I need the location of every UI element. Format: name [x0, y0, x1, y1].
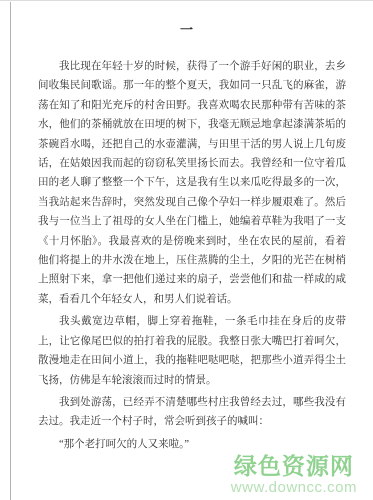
chapter-number: 一: [0, 19, 373, 38]
watermark-site-name: 绿色资源网: [231, 455, 357, 478]
watermark-site-url: www.downcc.com: [231, 480, 357, 495]
watermark: 绿色资源网 www.downcc.com: [231, 455, 357, 495]
body-text: 我比现在年轻十岁的时候，获得了一个游手好闲的职业，去乡间收集民间歌谣。那一年的整…: [38, 57, 346, 457]
dialogue-line: “那个老打呵欠的人又来啦。”: [38, 435, 346, 454]
paragraph-3: 我到处游荡，已经弄不清楚哪些村庄我曾经去过，哪些我没有去过。我走近一个村子时，常…: [38, 393, 346, 432]
scan-left-edge-line: [10, 2, 11, 500]
scan-top-edge-line: [0, 0, 373, 1]
document-page: 一 我比现在年轻十岁的时候，获得了一个游手好闲的职业，去乡间收集民间歌谣。那一年…: [0, 0, 373, 500]
paragraph-1: 我比现在年轻十岁的时候，获得了一个游手好闲的职业，去乡间收集民间歌谣。那一年的整…: [38, 57, 346, 309]
paragraph-2: 我头戴宽边草帽，脚上穿着拖鞋，一条毛巾挂在身后的皮带上，让它像尾巴似的拍打着我的…: [38, 312, 346, 390]
